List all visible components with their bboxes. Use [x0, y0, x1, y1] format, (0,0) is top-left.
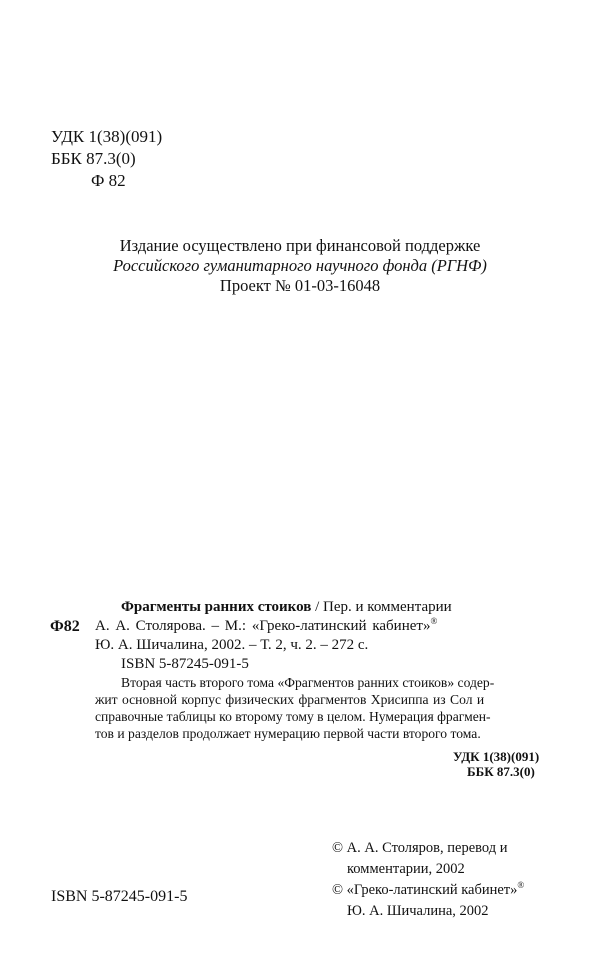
card-bbk: ББК 87.3(0): [467, 764, 535, 779]
annotation-line-3: справочные таблицы ко второму тому в цел…: [95, 708, 491, 725]
isbn-bottom: ISBN 5-87245-091-5: [51, 888, 187, 906]
funding-line-1: Издание осуществлено при финансовой подд…: [0, 236, 600, 256]
card-line-2: А. А. Столярова. – М.: «Греко-латинский …: [95, 617, 437, 636]
copyright-line-3: © «Греко-латинский кабинет»®: [332, 880, 524, 901]
book-title: Фрагменты ранних стоиков: [121, 599, 311, 615]
copyright-line-4: Ю. А. Шичалина, 2002: [347, 901, 489, 922]
copyright-line-1: © А. А. Столяров, перевод и: [332, 838, 508, 859]
card-line-3: Ю. А. Шичалина, 2002. – Т. 2, ч. 2. – 27…: [95, 636, 368, 655]
udk-code: УДК 1(38)(091): [51, 126, 162, 148]
card-line-1: Фрагменты ранних стоиков / Пер. и коммен…: [121, 598, 452, 617]
registered-mark: ®: [430, 616, 437, 626]
copyright-line-2: комментарии, 2002: [347, 859, 465, 880]
card-isbn: ISBN 5-87245-091-5: [121, 655, 249, 674]
funding-line-3: Проект № 01-03-16048: [0, 276, 600, 296]
copyright-line-3-text: © «Греко-латинский кабинет»: [332, 882, 517, 898]
funding-notice: Издание осуществлено при финансовой подд…: [0, 236, 600, 296]
card-author-mark: Ф82: [50, 617, 80, 636]
funding-line-2: Российского гуманитарного научного фонда…: [0, 256, 600, 276]
annotation-line-4: тов и разделов продолжает нумерацию перв…: [95, 725, 481, 742]
registered-mark-2: ®: [517, 880, 524, 890]
annotation-line-1: Вторая часть второго тома «Фрагментов ра…: [121, 674, 494, 691]
annotation-line-2: жит основной корпус физических фрагменто…: [95, 691, 484, 708]
bbk-code: ББК 87.3(0): [51, 148, 136, 170]
card-line-2-text: А. А. Столярова. – М.: «Греко-латинский …: [95, 618, 430, 634]
card-udk: УДК 1(38)(091): [453, 749, 539, 764]
card-line-1-rest: / Пер. и комментарии: [311, 599, 451, 615]
author-mark: Ф 82: [91, 170, 126, 192]
